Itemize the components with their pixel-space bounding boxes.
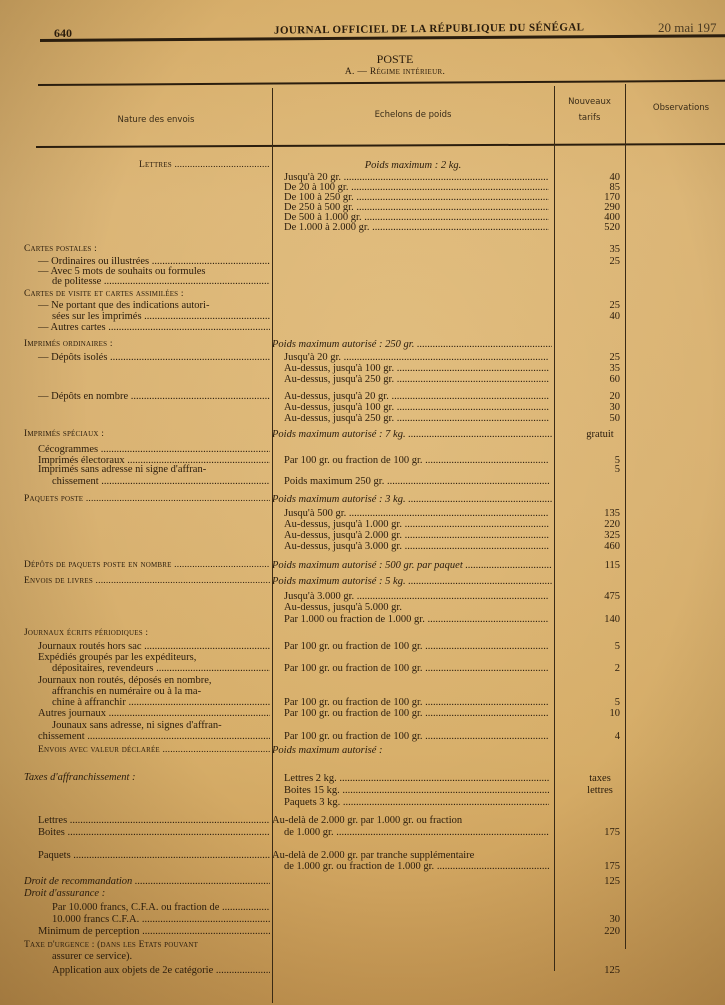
nature-cell: Lettres: [24, 160, 270, 171]
tarif-value: 175: [560, 861, 620, 872]
tarif-value: 220: [560, 519, 620, 530]
tarif-value: 50: [560, 413, 620, 424]
column-header-observations: Observations: [626, 103, 725, 113]
column-header-echelons: Echelons de poids: [272, 110, 554, 120]
nature-text: sées sur les imprimés: [52, 311, 270, 322]
tarif-value: 25: [560, 300, 620, 311]
echelon-cell: Au-dessus, jusqu'à 250 gr.: [284, 374, 549, 385]
tarif-value: 20: [560, 391, 620, 402]
table-top-rule: [38, 80, 725, 86]
nature-cell: — Ne portant que des indications autori-: [24, 300, 270, 311]
tarif-value: 140: [560, 614, 620, 625]
echelon-text: Par 100 gr. ou fraction de 100 gr.: [284, 708, 549, 719]
tarif-value: 125: [560, 876, 620, 887]
nature-cell: Imprimés spéciaux :: [24, 429, 270, 440]
nature-text: 10.000 francs C.F.A.: [52, 914, 270, 925]
tarif-value: lettres: [570, 785, 630, 796]
echelon-cell: Poids maximum autorisé :: [272, 745, 552, 756]
tarif-value: 30: [560, 914, 620, 925]
nature-cell: Lettres: [24, 815, 270, 826]
echelon-cell: Par 100 gr. ou fraction de 100 gr.: [284, 697, 549, 708]
echelon-text: Au-delà de 2.000 gr. par tranche supplém…: [272, 850, 474, 861]
echelon-text: Poids maximum autorisé :: [272, 745, 383, 756]
echelon-text: Poids maximum autorisé : 500 gr. par paq…: [272, 560, 552, 571]
nature-cell: Journaux écrits périodiques :: [24, 628, 270, 639]
echelon-cell: Au-dessus, jusqu'à 5.000 gr.: [284, 602, 549, 613]
nature-text: Cartes de visite et cartes assimilées :: [24, 289, 184, 299]
echelon-text: Au-dessus, jusqu'à 250 gr.: [284, 374, 549, 385]
tarif-value: 40: [560, 311, 620, 322]
nature-text: — Dépôts isolés: [38, 352, 270, 363]
tarif-value: 115: [560, 560, 620, 571]
tarif-value: 2: [560, 663, 620, 674]
nature-cell: chissement: [24, 476, 270, 487]
nature-text: Jounaux sans adresse, ni signes d'affran…: [52, 720, 222, 731]
nature-text: Cécogrammes: [38, 444, 270, 455]
nature-text: Par 10.000 francs, C.F.A. ou fraction de: [52, 902, 270, 913]
echelon-text: Par 100 gr. ou fraction de 100 gr.: [284, 731, 549, 742]
section-subtitle: A. — Régime intérieur.: [0, 67, 725, 77]
nature-cell: Journaux non routés, déposés en nombre,: [24, 675, 270, 686]
column-divider: [554, 86, 555, 971]
nature-cell: Imprimés sans adresse ni signe d'affran-: [24, 464, 270, 475]
nature-cell: Paquets poste: [24, 494, 270, 505]
nature-text: Imprimés spéciaux :: [24, 429, 104, 439]
echelon-text: Poids maximum : 2 kg.: [365, 160, 462, 171]
nature-text: chine à affranchir: [52, 697, 270, 708]
nature-text: de politesse: [52, 276, 270, 287]
echelon-text: Au-dessus, jusqu'à 5.000 gr.: [284, 602, 402, 613]
nature-text: — Ne portant que des indications autori-: [38, 300, 209, 311]
nature-text: Imprimés ordinaires :: [24, 339, 113, 349]
echelon-cell: Par 100 gr. ou fraction de 100 gr.: [284, 663, 549, 674]
tarif-value: 30: [560, 402, 620, 413]
nature-cell: Droit d'assurance :: [24, 888, 270, 899]
column-header-tarifs-line2: tarifs: [554, 113, 625, 123]
echelon-cell: Poids maximum 250 gr.: [284, 476, 549, 487]
tarif-value: 5: [560, 464, 620, 475]
echelon-text: Au-delà de 2.000 gr. par 1.000 gr. ou fr…: [272, 815, 462, 826]
echelon-text: Jusqu'à 500 gr.: [284, 508, 549, 519]
journal-title: JOURNAL OFFICIEL DE LA RÉPUBLIQUE DU SÉN…: [274, 21, 584, 36]
echelon-cell: Poids maximum autorisé : 5 kg.: [272, 576, 552, 587]
tarif-value: 35: [560, 363, 620, 374]
nature-text: Droit de recommandation: [24, 876, 270, 887]
echelon-cell: Au-dessus, jusqu'à 2.000 gr.: [284, 530, 549, 541]
nature-cell: Dépôts de paquets poste en nombre: [24, 560, 270, 571]
tarif-value: 475: [560, 591, 620, 602]
nature-cell: 10.000 francs C.F.A.: [24, 914, 270, 925]
nature-text: Journaux routés hors sac: [38, 641, 270, 652]
column-header-tarifs-line1: Nouveaux: [554, 97, 625, 107]
nature-cell: Cartes de visite et cartes assimilées :: [24, 289, 270, 300]
echelon-cell: Jusqu'à 500 gr.: [284, 508, 549, 519]
tarif-value: gratuit: [570, 429, 630, 440]
echelon-cell: Par 100 gr. ou fraction de 100 gr.: [284, 641, 549, 652]
echelon-text: Jusqu'à 3.000 gr.: [284, 591, 549, 602]
nature-cell: Autres journaux: [24, 708, 270, 719]
echelon-text: Au-dessus, jusqu'à 1.000 gr.: [284, 519, 549, 530]
tarif-value: 520: [560, 222, 620, 233]
nature-cell: Imprimés ordinaires :: [24, 339, 270, 350]
echelon-cell: de 1.000 gr. ou fraction de 1.000 gr.: [284, 861, 549, 872]
echelon-text: de 1.000 gr.: [284, 827, 549, 838]
nature-text: dépositaires, revendeurs: [52, 663, 270, 674]
nature-text: — Dépôts en nombre: [38, 391, 270, 402]
nature-cell: Journaux routés hors sac: [24, 641, 270, 652]
nature-text: Droit d'assurance :: [24, 888, 105, 899]
nature-text: Paquets: [38, 850, 270, 861]
tarif-value: 325: [560, 530, 620, 541]
tarif-value: 125: [560, 965, 620, 976]
echelon-cell: Boites 15 kg.: [284, 785, 549, 796]
nature-text: chissement: [38, 731, 270, 742]
echelon-cell: Poids maximum autorisé : 250 gr.: [272, 339, 552, 350]
column-header-tarifs: Nouveaux tarifs: [554, 97, 625, 123]
echelon-text: Poids maximum 250 gr.: [284, 476, 549, 487]
nature-text: chissement: [52, 476, 270, 487]
echelon-text: Par 100 gr. ou fraction de 100 gr.: [284, 641, 549, 652]
column-header-nature: Nature des envois: [40, 115, 272, 125]
tarif-value: 35: [560, 244, 620, 255]
tarif-value: 220: [560, 926, 620, 937]
nature-cell: — Dépôts isolés: [24, 352, 270, 363]
echelon-text: Au-dessus, jusqu'à 20 gr.: [284, 391, 549, 402]
nature-text: Paquets poste: [24, 494, 270, 504]
nature-text: Application aux objets de 2e catégorie: [52, 965, 270, 976]
nature-cell: — Dépôts en nombre: [24, 391, 270, 402]
nature-text: Dépôts de paquets poste en nombre: [24, 560, 270, 570]
nature-text: Expédiés groupés par les expéditeurs,: [38, 652, 196, 663]
section-title: POSTE: [0, 52, 725, 67]
tarif-value: 10: [560, 708, 620, 719]
echelon-cell: Au-dessus, jusqu'à 20 gr.: [284, 391, 549, 402]
nature-cell: Expédiés groupés par les expéditeurs,: [24, 652, 270, 663]
nature-cell: sées sur les imprimés: [24, 311, 270, 322]
echelon-cell: Au-dessus, jusqu'à 100 gr.: [284, 363, 549, 374]
echelon-text: Par 100 gr. ou fraction de 100 gr.: [284, 663, 549, 674]
nature-text: Boites: [38, 827, 270, 838]
nature-cell: Envois avec valeur déclarée: [24, 745, 270, 756]
echelon-cell: Par 100 gr. ou fraction de 100 gr.: [284, 455, 549, 466]
tarif-value: 25: [560, 352, 620, 363]
nature-text: Envois de livres: [24, 576, 270, 586]
echelon-text: De 1.000 à 2.000 gr.: [284, 222, 549, 233]
tarif-value: 25: [560, 256, 620, 267]
nature-cell: Par 10.000 francs, C.F.A. ou fraction de: [24, 902, 270, 913]
echelon-text: Au-dessus, jusqu'à 250 gr.: [284, 413, 549, 424]
echelon-cell: Au-delà de 2.000 gr. par tranche supplém…: [272, 850, 552, 861]
echelon-text: Par 100 gr. ou fraction de 100 gr.: [284, 697, 549, 708]
echelon-text: Paquets 3 kg.: [284, 797, 549, 808]
tarif-value: taxes: [570, 773, 630, 784]
column-divider: [625, 84, 626, 949]
echelon-text: Par 100 gr. ou fraction de 100 gr.: [284, 455, 549, 466]
nature-cell: chine à affranchir: [24, 697, 270, 708]
echelon-cell: Poids maximum : 2 kg.: [272, 160, 554, 171]
echelon-cell: Par 100 gr. ou fraction de 100 gr.: [284, 708, 549, 719]
nature-text: Cartes postales :: [24, 244, 97, 254]
echelon-text: Jusqu'à 20 gr.: [284, 352, 549, 363]
echelon-text: Poids maximum autorisé : 3 kg.: [272, 494, 552, 505]
nature-text: Minimum de perception: [38, 926, 270, 937]
echelon-cell: Au-dessus, jusqu'à 1.000 gr.: [284, 519, 549, 530]
nature-text: Envois avec valeur déclarée: [38, 745, 270, 755]
tarif-value: 175: [560, 827, 620, 838]
nature-text: — Autres cartes: [38, 322, 270, 333]
nature-text: Lettres: [139, 160, 270, 170]
echelon-text: de 1.000 gr. ou fraction de 1.000 gr.: [284, 861, 549, 872]
echelon-cell: Poids maximum autorisé : 500 gr. par paq…: [272, 560, 552, 571]
echelon-cell: Au-dessus, jusqu'à 250 gr.: [284, 413, 549, 424]
tarif-value: 460: [560, 541, 620, 552]
tarif-value: 5: [560, 697, 620, 708]
nature-cell: Minimum de perception: [24, 926, 270, 937]
tarif-value: 135: [560, 508, 620, 519]
echelon-cell: Par 100 gr. ou fraction de 100 gr.: [284, 731, 549, 742]
nature-cell: Application aux objets de 2e catégorie: [24, 965, 270, 976]
echelon-text: Poids maximum autorisé : 250 gr.: [272, 339, 552, 350]
nature-cell: Cartes postales :: [24, 244, 270, 255]
nature-cell: affranchis en numéraire ou à la ma-: [24, 686, 270, 697]
tarif-value: 5: [560, 641, 620, 652]
nature-cell: Cécogrammes: [24, 444, 270, 455]
echelon-text: Au-dessus, jusqu'à 2.000 gr.: [284, 530, 549, 541]
nature-cell: Jounaux sans adresse, ni signes d'affran…: [24, 720, 270, 731]
tarif-value: 4: [560, 731, 620, 742]
nature-text: Taxes d'affranchissement :: [24, 772, 136, 783]
nature-cell: chissement: [24, 731, 270, 742]
echelon-cell: Au-dessus, jusqu'à 100 gr.: [284, 402, 549, 413]
echelon-text: Poids maximum autorisé : 5 kg.: [272, 576, 552, 587]
table-header-rule: [36, 143, 725, 148]
echelon-cell: Poids maximum autorisé : 7 kg.: [272, 429, 552, 440]
echelon-text: Boites 15 kg.: [284, 785, 549, 796]
echelon-text: Au-dessus, jusqu'à 3.000 gr.: [284, 541, 549, 552]
nature-text: Journaux non routés, déposés en nombre,: [38, 675, 212, 686]
nature-cell: dépositaires, revendeurs: [24, 663, 270, 674]
nature-text: Taxe d'urgence : (dans les Etats pouvant: [24, 940, 198, 950]
echelon-cell: Poids maximum autorisé : 3 kg.: [272, 494, 552, 505]
nature-text: Imprimés sans adresse ni signe d'affran-: [38, 464, 206, 475]
nature-cell: de politesse: [24, 276, 270, 287]
echelon-text: Au-dessus, jusqu'à 100 gr.: [284, 402, 549, 413]
nature-text: Lettres: [38, 815, 270, 826]
echelon-cell: Au-delà de 2.000 gr. par 1.000 gr. ou fr…: [272, 815, 552, 826]
echelon-text: Lettres 2 kg.: [284, 773, 549, 784]
nature-cell: Taxe d'urgence : (dans les Etats pouvant: [24, 940, 270, 951]
nature-cell: Paquets: [24, 850, 270, 861]
echelon-cell: Lettres 2 kg.: [284, 773, 549, 784]
echelon-cell: Par 1.000 ou fraction de 1.000 gr.: [284, 614, 549, 625]
echelon-cell: Au-dessus, jusqu'à 3.000 gr.: [284, 541, 549, 552]
nature-text: Autres journaux: [38, 708, 270, 719]
echelon-cell: Jusqu'à 20 gr.: [284, 352, 549, 363]
tarif-value: 60: [560, 374, 620, 385]
nature-cell: Boites: [24, 827, 270, 838]
echelon-cell: Jusqu'à 3.000 gr.: [284, 591, 549, 602]
echelon-text: Poids maximum autorisé : 7 kg.: [272, 429, 552, 440]
nature-text: affranchis en numéraire ou à la ma-: [52, 686, 201, 697]
echelon-text: Au-dessus, jusqu'à 100 gr.: [284, 363, 549, 374]
nature-cell: Envois de livres: [24, 576, 270, 587]
nature-cell: Droit de recommandation: [24, 876, 270, 887]
echelon-cell: De 1.000 à 2.000 gr.: [284, 222, 549, 233]
nature-text: Journaux écrits périodiques :: [24, 628, 148, 638]
nature-cell: assurer ce service).: [24, 951, 270, 962]
nature-cell: — Autres cartes: [24, 322, 270, 333]
echelon-cell: Paquets 3 kg.: [284, 797, 549, 808]
nature-cell: Taxes d'affranchissement :: [24, 772, 270, 783]
column-divider: [272, 88, 273, 1003]
nature-text: assurer ce service).: [52, 951, 132, 962]
echelon-cell: de 1.000 gr.: [284, 827, 549, 838]
echelon-text: Par 1.000 ou fraction de 1.000 gr.: [284, 614, 549, 625]
